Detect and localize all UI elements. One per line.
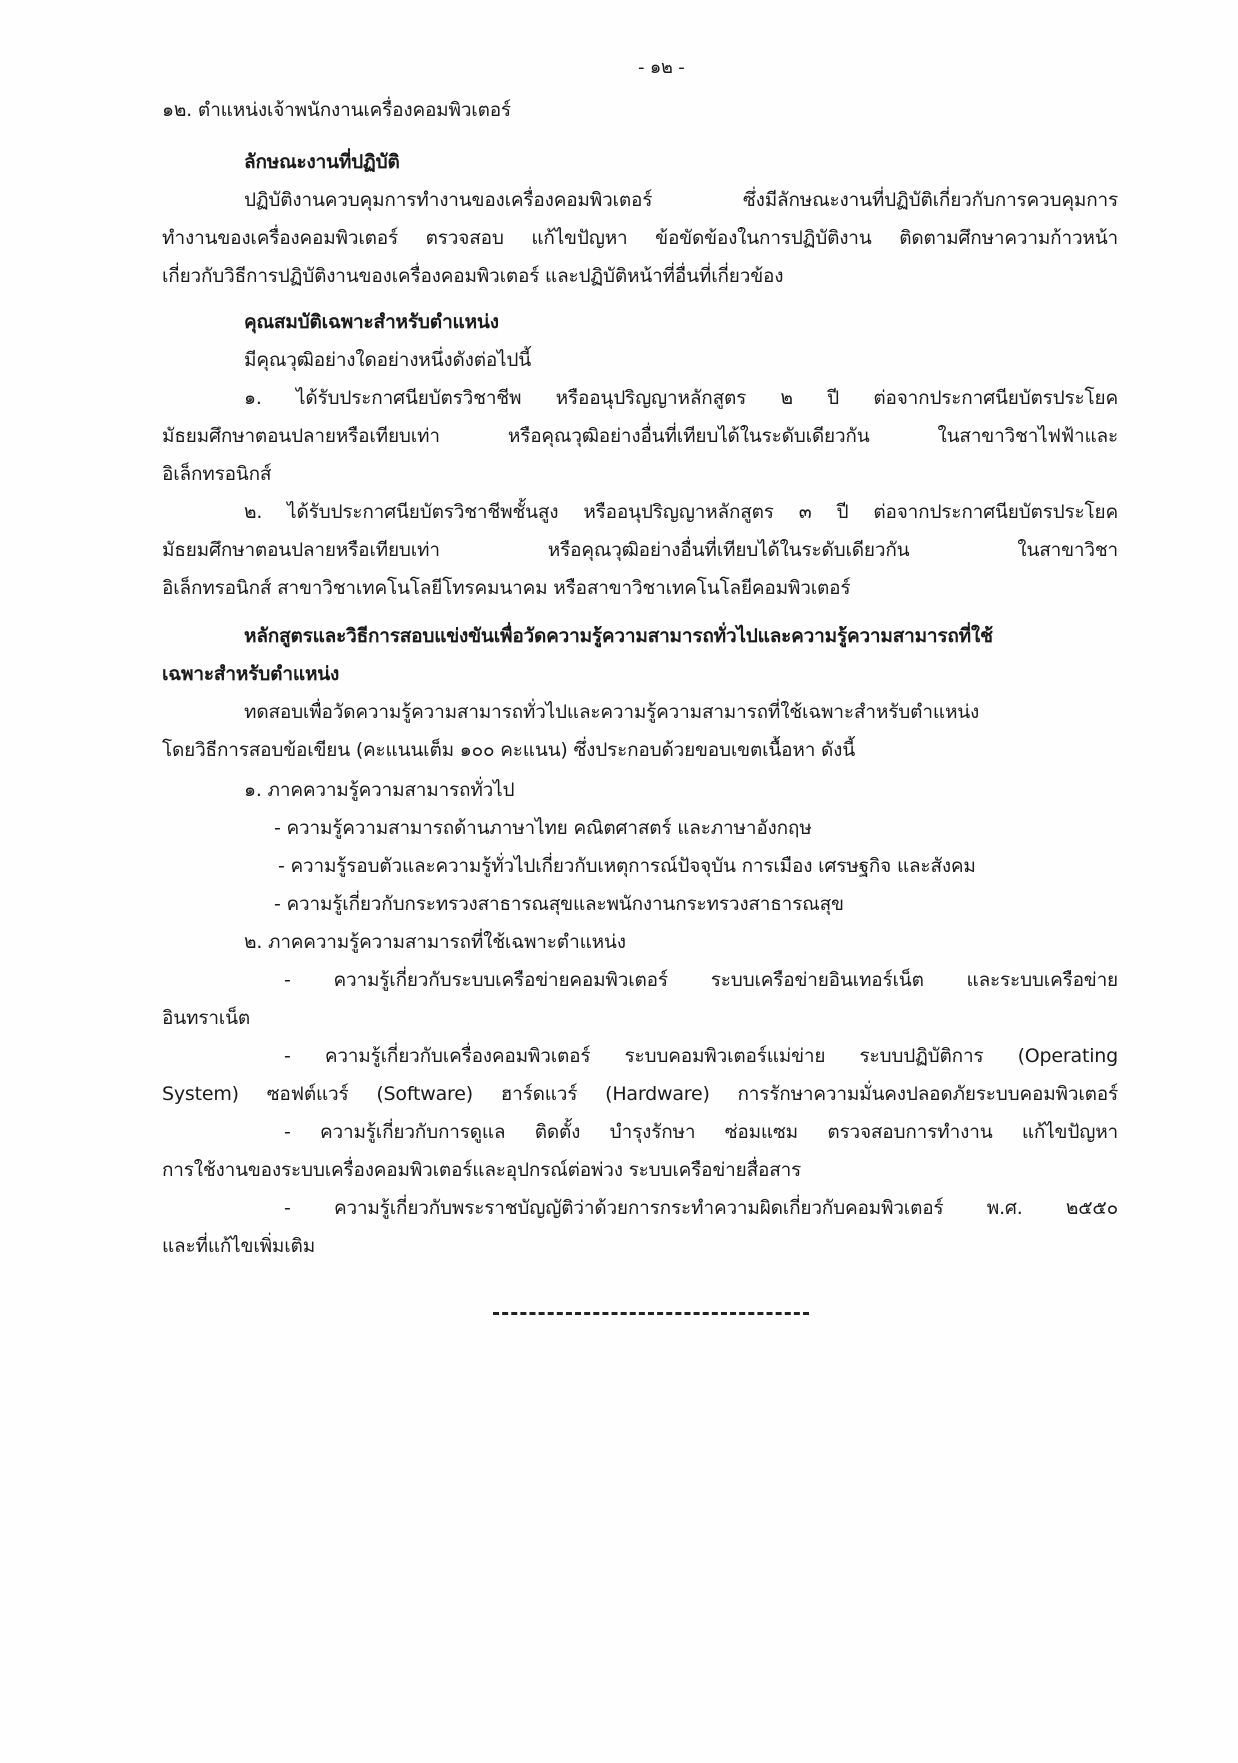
- qualifications-heading: คุณสมบัติเฉพาะสำหรับตำแหน่ง: [244, 308, 499, 336]
- duties-line: เกี่ยวกับวิธีการปฏิบัติงานของเครื่องคอมพ…: [162, 262, 783, 290]
- end-divider: [493, 1312, 809, 1315]
- exam-part-2-bullet: อินทราเน็ต: [162, 1004, 250, 1032]
- exam-heading: หลักสูตรและวิธีการสอบแข่งขันเพื่อวัดความ…: [244, 622, 1118, 650]
- qualification-item-2: มัธยมศึกษาตอนปลายหรือเทียบเท่า หรือคุณวุ…: [162, 536, 1118, 564]
- exam-part-2-bullet: - ความรู้เกี่ยวกับเครื่องคอมพิวเตอร์ ระบ…: [284, 1042, 1118, 1070]
- exam-part-1-bullet: - ความรู้รอบตัวและความรู้ทั่วไปเกี่ยวกับ…: [278, 852, 976, 880]
- exam-heading: เฉพาะสำหรับตำแหน่ง: [162, 660, 339, 688]
- duties-heading: ลักษณะงานที่ปฏิบัติ: [244, 148, 400, 176]
- exam-part-2-bullet: - ความรู้เกี่ยวกับการดูแล ติดตั้ง บำรุงร…: [284, 1118, 1118, 1146]
- exam-part-1-bullet: - ความรู้เกี่ยวกับกระทรวงสาธารณสุขและพนั…: [274, 890, 844, 918]
- qualifications-intro: มีคุณวุฒิอย่างใดอย่างหนึ่งดังต่อไปนี้: [244, 346, 531, 374]
- document-page: - ๑๒ - ๑๒. ตำแหน่งเจ้าพนักงานเครื่องคอมพ…: [0, 0, 1238, 1763]
- exam-part-2-bullet: การใช้งานของระบบเครื่องคอมพิวเตอร์และอุป…: [162, 1156, 801, 1184]
- qualification-item-2: ๒. ได้รับประกาศนียบัตรวิชาชีพชั้นสูง หรื…: [244, 498, 1118, 526]
- qualification-item-1: ๑. ได้รับประกาศนียบัตรวิชาชีพ หรืออนุปริ…: [244, 384, 1118, 412]
- qualification-item-2: อิเล็กทรอนิกส์ สาขาวิชาเทคโนโลยีโทรคมนาค…: [162, 574, 850, 602]
- duties-line: ปฏิบัติงานควบคุมการทำงานของเครื่องคอมพิว…: [244, 186, 1118, 214]
- exam-part-2-bullet: System) ซอฟต์แวร์ (Software) ฮาร์ดแวร์ (…: [162, 1080, 1118, 1108]
- qualification-item-1: อิเล็กทรอนิกส์: [162, 460, 271, 488]
- exam-part-1-bullet: - ความรู้ความสามารถด้านภาษาไทย คณิตศาสตร…: [274, 814, 812, 842]
- qualification-item-1: มัธยมศึกษาตอนปลายหรือเทียบเท่า หรือคุณวุ…: [162, 422, 1118, 450]
- exam-part-2-bullet: และที่แก้ไขเพิ่มเติม: [162, 1232, 315, 1260]
- position-title: ๑๒. ตำแหน่งเจ้าพนักงานเครื่องคอมพิวเตอร์: [162, 96, 511, 124]
- exam-intro: โดยวิธีการสอบข้อเขียน (คะแนนเต็ม ๑๐๐ คะแ…: [162, 736, 855, 764]
- page-number: - ๑๒ -: [638, 54, 685, 82]
- exam-part-2-title: ๒. ภาคความรู้ความสามารถที่ใช้เฉพาะตำแหน่…: [244, 928, 626, 956]
- exam-part-1-title: ๑. ภาคความรู้ความสามารถทั่วไป: [244, 776, 514, 804]
- duties-line: ทำงานของเครื่องคอมพิวเตอร์ ตรวจสอบ แก้ไข…: [162, 224, 1118, 252]
- exam-intro: ทดสอบเพื่อวัดความรู้ความสามารถทั่วไปและค…: [244, 698, 1118, 726]
- exam-part-2-bullet: - ความรู้เกี่ยวกับระบบเครือข่ายคอมพิวเตอ…: [284, 966, 1118, 994]
- exam-part-2-bullet: - ความรู้เกี่ยวกับพระราชบัญญัติว่าด้วยกา…: [284, 1194, 1118, 1222]
